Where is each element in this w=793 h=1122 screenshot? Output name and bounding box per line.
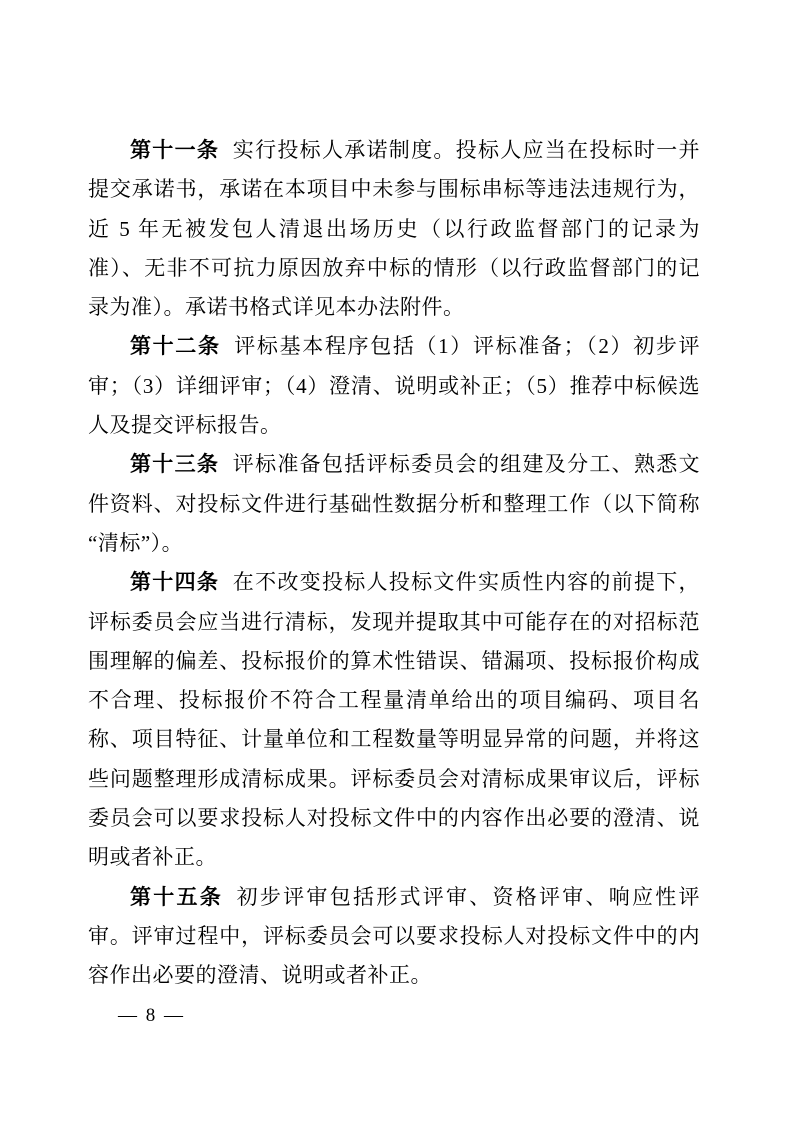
- page-number: — 8 —: [118, 1001, 185, 1031]
- article-11-text: 实行投标人承诺制度。投标人应当在投标时一并提交承诺书，承诺在本项目中未参与围标串…: [88, 138, 700, 319]
- article-14-number: 第十四条: [130, 570, 219, 594]
- article-15-number: 第十五条: [130, 885, 223, 909]
- article-12-number: 第十二条: [130, 334, 221, 358]
- article-12-paragraph: 第十二条评标基本程序包括（1）评标准备；（2）初步评审；（3）详细评审；（4）澄…: [88, 327, 700, 445]
- article-14-text: 在不改变投标人投标文件实质性内容的前提下，评标委员会应当进行清标，发现并提取其中…: [88, 570, 700, 869]
- article-15-paragraph: 第十五条初步评审包括形式评审、资格评审、响应性评审。评审过程中，评标委员会可以要…: [88, 878, 700, 996]
- article-13-number: 第十三条: [130, 452, 219, 476]
- document-body: 第十一条实行投标人承诺制度。投标人应当在投标时一并提交承诺书，承诺在本项目中未参…: [88, 131, 700, 996]
- article-14-paragraph: 第十四条在不改变投标人投标文件实质性内容的前提下，评标委员会应当进行清标，发现并…: [88, 563, 700, 877]
- article-13-paragraph: 第十三条评标准备包括评标委员会的组建及分工、熟悉文件资料、对投标文件进行基础性数…: [88, 445, 700, 563]
- document-page: 第十一条实行投标人承诺制度。投标人应当在投标时一并提交承诺书，承诺在本项目中未参…: [0, 0, 793, 1122]
- article-11-number: 第十一条: [130, 138, 219, 162]
- article-11-paragraph: 第十一条实行投标人承诺制度。投标人应当在投标时一并提交承诺书，承诺在本项目中未参…: [88, 131, 700, 327]
